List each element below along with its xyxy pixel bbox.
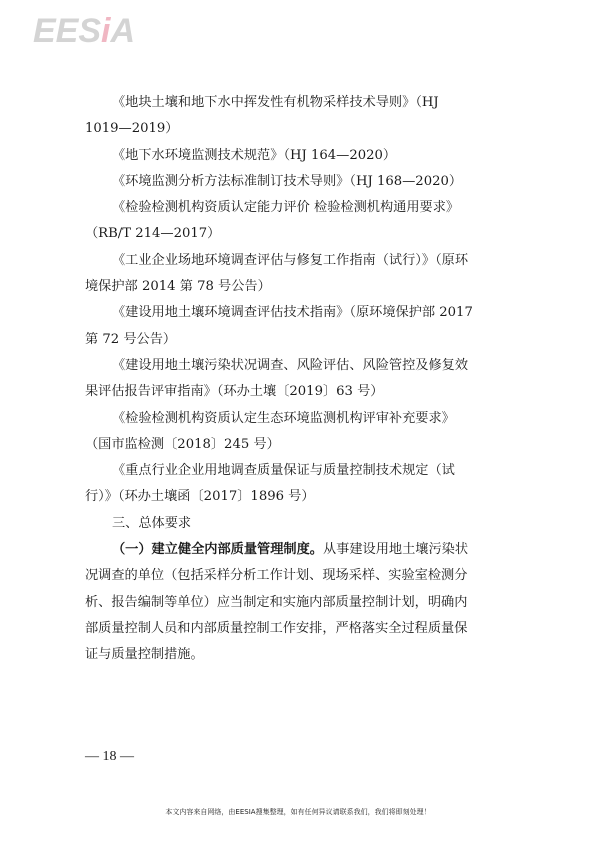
reference-line: 《检验检测机构资质认定生态环境监测机构评审补充要求》 [85,406,525,432]
reference-line: 《地块土壤和地下水中挥发性有机物采样技术导则》（HJ [85,90,525,116]
document-body: 《地块土壤和地下水中挥发性有机物采样技术导则》（HJ 1019—2019） 《地… [85,90,525,669]
footer-disclaimer: 本文内容来自网络，由EESIA搜集整理，如有任何异议请联系我们，我们将即刻处理！ [0,807,596,817]
reference-line: 境保护部 2014 第 78 号公告） [85,274,525,300]
reference-line: 《重点行业企业用地调查质量保证与质量控制技术规定（试 [85,458,525,484]
reference-line: 《建设用地土壤污染状况调查、风险评估、风险管控及修复效 [85,353,525,379]
paragraph-text: 从事建设用地土壤污染状 [323,542,468,557]
section-heading: 三、总体要求 [85,511,525,537]
reference-line: 《工业企业场地环境调查评估与修复工作指南（试行）》（原环 [85,248,525,274]
reference-line: 《地下水环境监测技术规范》（HJ 164—2020） [85,143,525,169]
reference-line: 行）》（环办土壤函〔2017〕1896 号） [85,484,525,510]
paragraph-bold-lead: （一）建立健全内部质量管理制度。 [112,542,323,557]
eesia-logo: EESiA [33,12,135,51]
page-number: — 18 — [85,749,134,765]
paragraph-line: 部质量控制人员和内部质量控制工作安排，严格落实全过程质量保 [85,616,525,642]
reference-line: 果评估报告评审指南》（环办土壤〔2019〕63 号） [85,379,525,405]
reference-line: 《建设用地土壤环境调查评估技术指南》（原环境保护部 2017 [85,300,525,326]
paragraph-line: 证与质量控制措施。 [85,642,525,668]
reference-line: （国市监检测〔2018〕245 号） [85,432,525,458]
paragraph-line: 况调查的单位（包括采样分析工作计划、现场采样、实验室检测分 [85,563,525,589]
reference-line: 1019—2019） [85,116,525,142]
paragraph-line: 析、报告编制等单位）应当制定和实施内部质量控制计划，明确内 [85,590,525,616]
reference-line: 《检验检测机构资质认定能力评价 检验检测机构通用要求》 [85,195,525,221]
reference-line: （RB/T 214—2017） [85,221,525,247]
reference-line: 第 72 号公告） [85,327,525,353]
paragraph-first-line: （一）建立健全内部质量管理制度。从事建设用地土壤污染状 [85,537,525,563]
reference-line: 《环境监测分析方法标准制订技术导则》（HJ 168—2020） [85,169,525,195]
